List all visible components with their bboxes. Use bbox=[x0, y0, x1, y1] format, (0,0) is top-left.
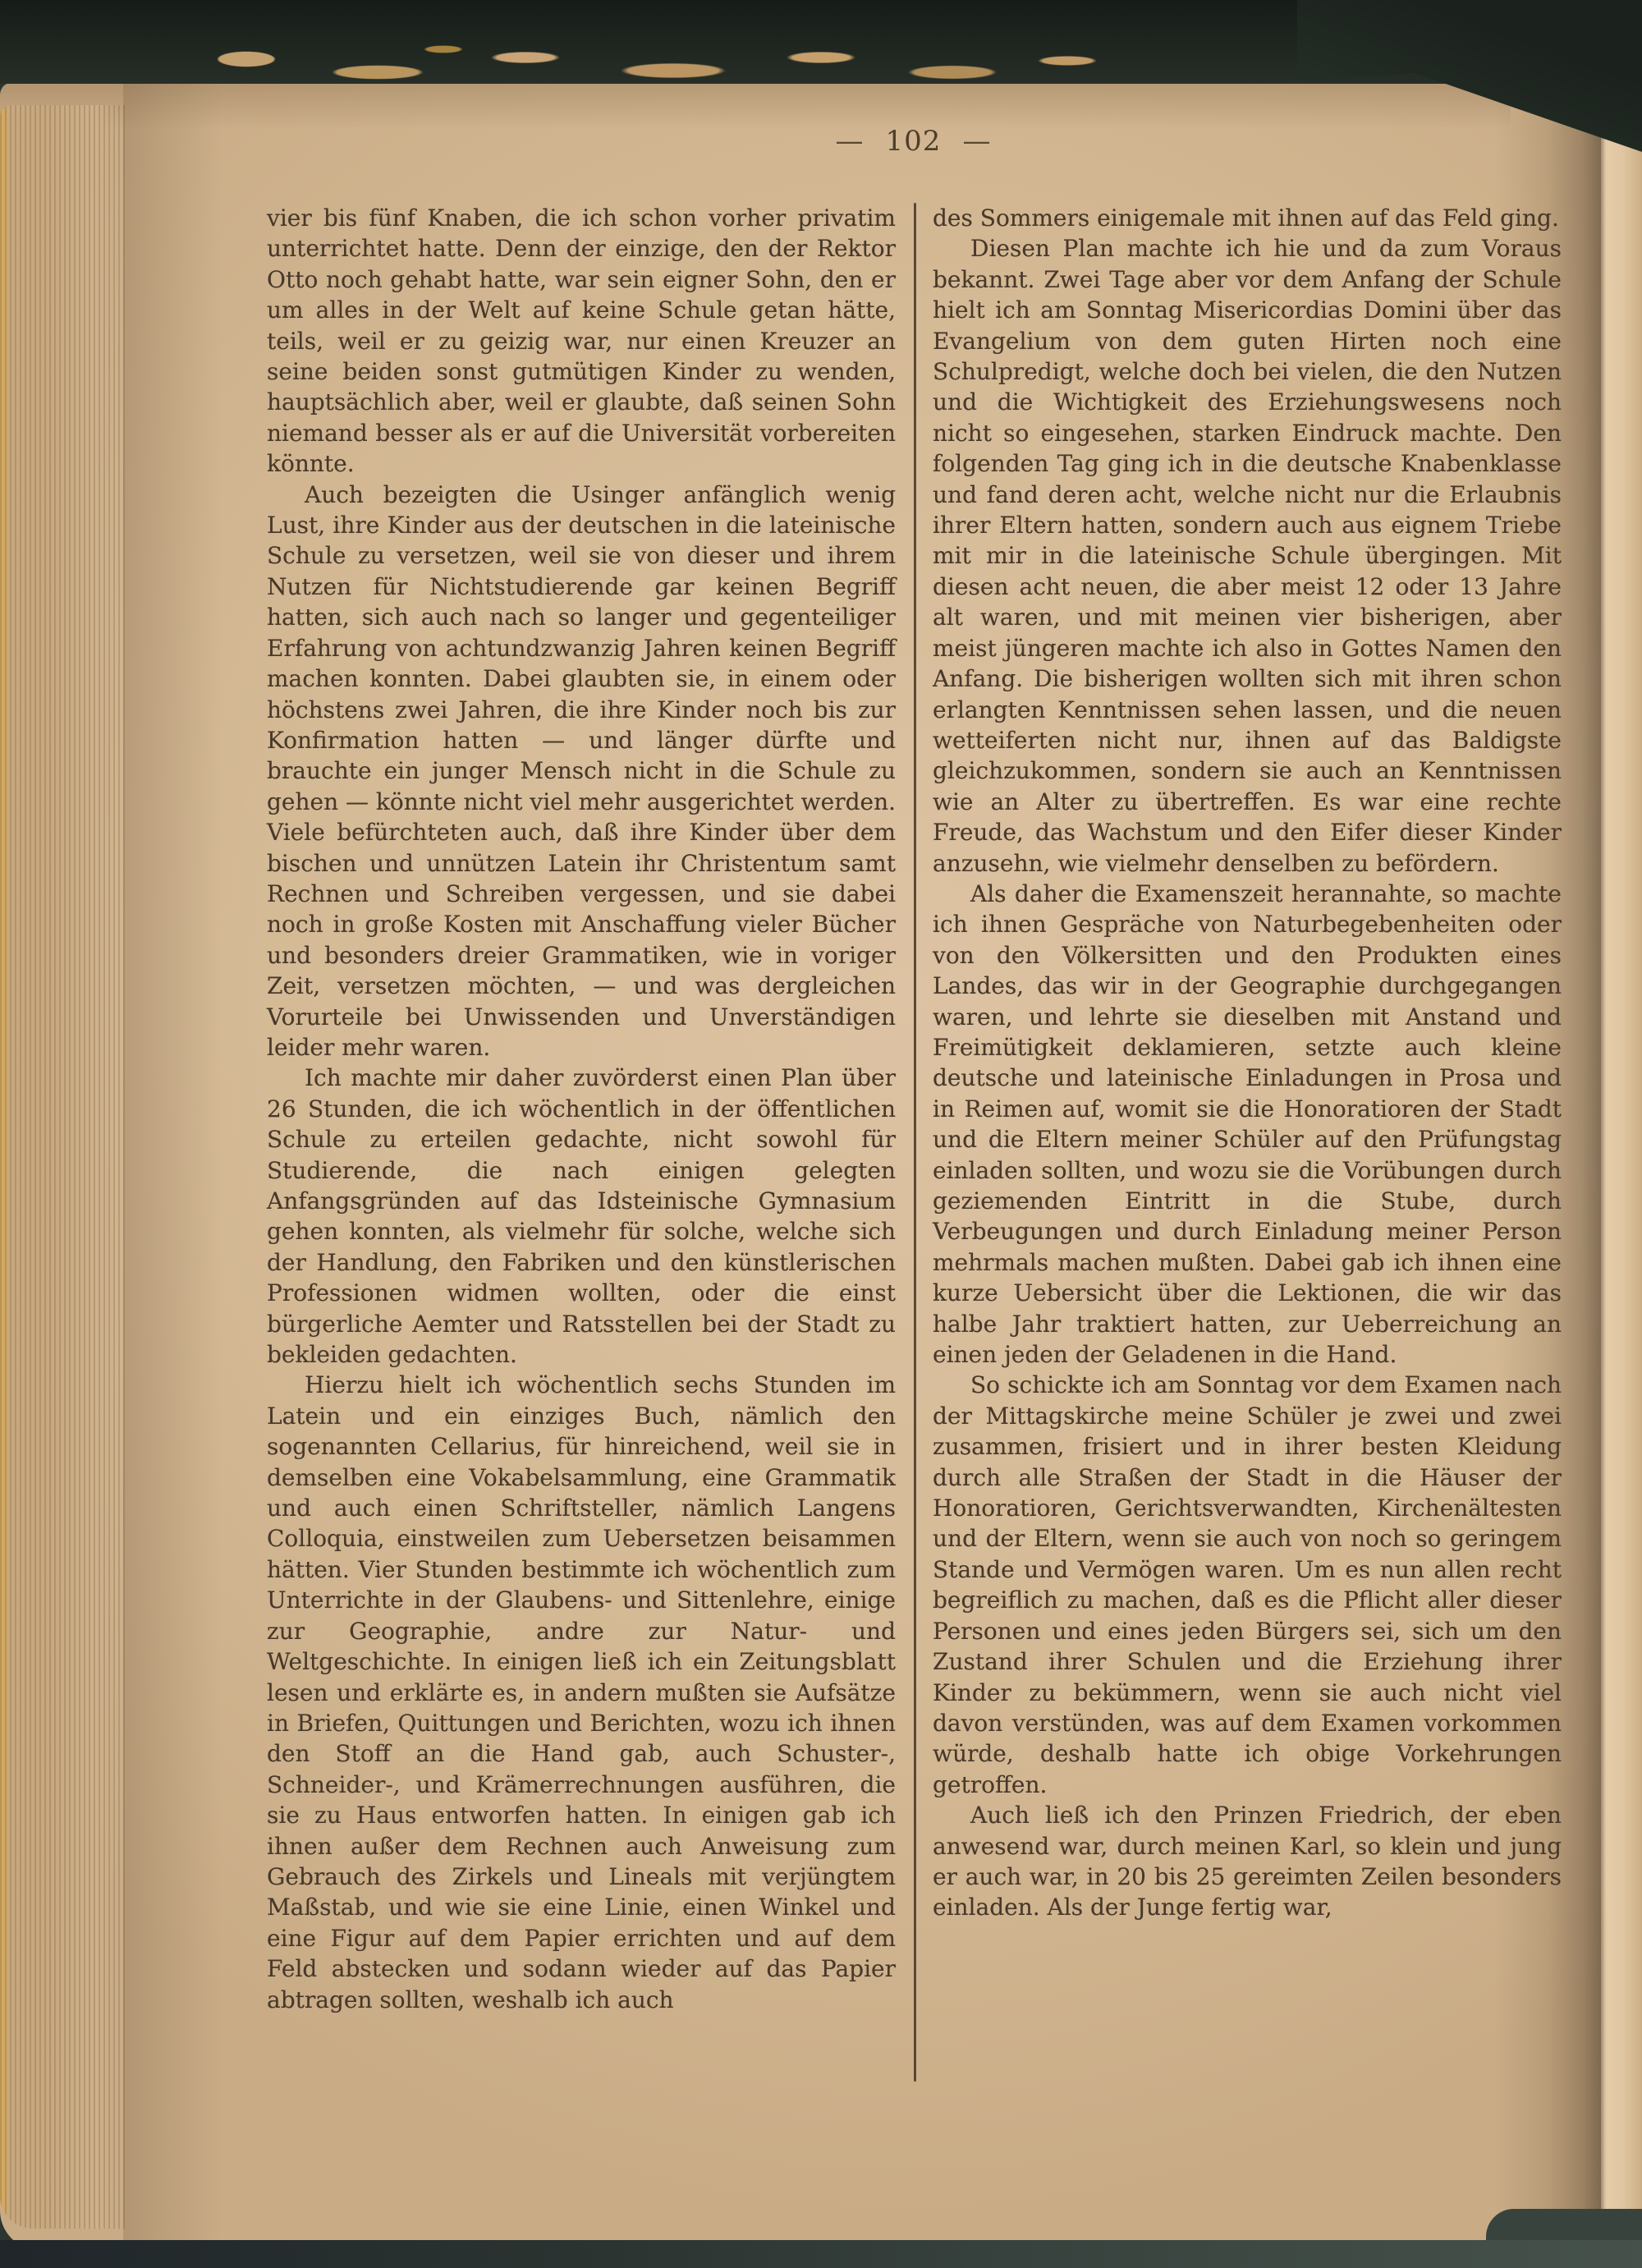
book-cover-bottom bbox=[0, 2240, 1642, 2268]
header-dash-left: — bbox=[814, 125, 886, 158]
paragraph: Ich machte mir daher zuvörderst einen Pl… bbox=[267, 1063, 896, 1370]
left-gutter-shadow bbox=[123, 82, 222, 2250]
paragraph: Als daher die Examenszeit herannahte, so… bbox=[933, 879, 1562, 1370]
next-page-edge bbox=[1601, 82, 1642, 2243]
column-divider-rule bbox=[914, 203, 916, 2082]
paragraph: Hierzu hielt ich wöchentlich sechs Stund… bbox=[267, 1370, 896, 2015]
paragraph: Auch bezeigten die Usinger anfänglich we… bbox=[267, 480, 896, 1063]
paragraph: Diesen Plan machte ich hie und da zum Vo… bbox=[933, 233, 1562, 879]
header-dash-right: — bbox=[941, 125, 1012, 158]
paragraph: vier bis fünf Knaben, die ich schon vorh… bbox=[267, 203, 896, 480]
page-edge-stack bbox=[0, 105, 125, 2229]
paragraph: des Sommers einigemale mit ihnen auf das… bbox=[933, 203, 1562, 233]
paragraph: So schickte ich am Sonntag vor dem Exame… bbox=[933, 1370, 1562, 1800]
page-header: —102— bbox=[267, 125, 1560, 158]
text-column-right: des Sommers einigemale mit ihnen auf das… bbox=[933, 203, 1562, 1923]
page-number: 102 bbox=[886, 125, 942, 158]
page-top-edge-shading bbox=[0, 82, 1511, 130]
paragraph: Auch ließ ich den Prinzen Friedrich, der… bbox=[933, 1800, 1562, 1923]
text-column-left: vier bis fünf Knaben, die ich schon vorh… bbox=[267, 203, 896, 2015]
book-page-scan: —102— vier bis fünf Knaben, die ich scho… bbox=[0, 0, 1642, 2268]
